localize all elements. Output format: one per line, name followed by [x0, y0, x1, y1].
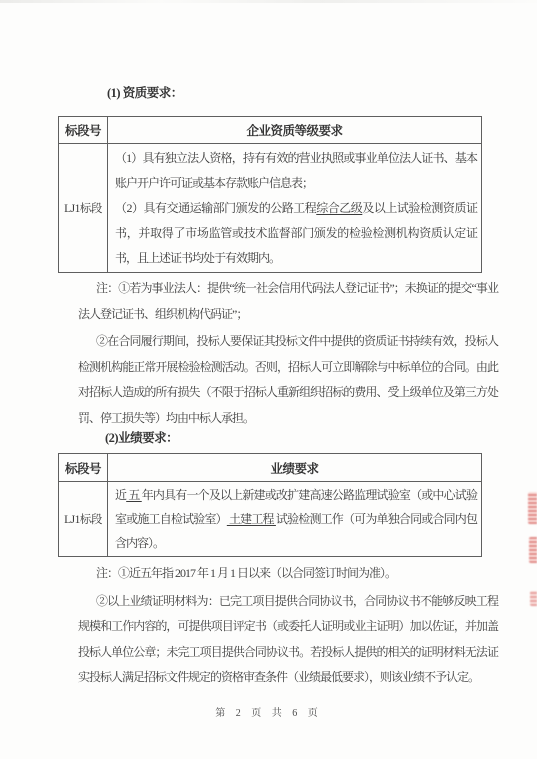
note-paragraph: 注：①近五年指 2017 年 1 月 1 日以来（以合同签订时间为准）。 — [78, 561, 498, 587]
red-stamp-fragment — [528, 492, 537, 524]
table-row: LJ1标段 近 五 年内具有一个及以上新建或改扩建高速公路监理试验室（或中心试验… — [59, 482, 482, 557]
table-header-row: 标段号 业绩要求 — [59, 454, 482, 482]
performance-requirement-cell: 近 五 年内具有一个及以上新建或改扩建高速公路监理试验室（或中心试验室或施工自检… — [108, 482, 482, 557]
column-header-qualification-requirement: 企业资质等级要求 — [108, 117, 482, 144]
page-number-footer: 第 2 页 共 6 页 — [0, 704, 537, 719]
performance-notes: 注：①近五年指 2017 年 1 月 1 日以来（以合同签订时间为准）。 ②以上… — [78, 561, 498, 691]
red-stamp-fragment — [530, 591, 537, 606]
scan-edge-artifact — [0, 0, 537, 3]
scanned-document-page: (1) 资质要求： 标段号 企业资质等级要求 LJ1标段 （1）具有独立法人资格… — [0, 0, 537, 759]
section-number-cell: LJ1标段 — [59, 144, 108, 273]
qualification-notes: 注：①若为事业法人：提供“统一社会信用代码法人登记证书”；未换证的提交“事业法人… — [78, 276, 498, 431]
section-title-qualification: (1) 资质要求： — [107, 83, 183, 101]
section-title-performance: (2)业绩要求： — [105, 428, 178, 446]
requirement-paragraph: （2）具有交通运输部门颁发的公路工程综合乙级及以上试验检测资质证书，并取得了市场… — [115, 196, 477, 271]
column-header-section-number: 标段号 — [59, 117, 108, 144]
performance-table: 标段号 业绩要求 LJ1标段 近 五 年内具有一个及以上新建或改扩建高速公路监理… — [58, 453, 482, 557]
note-paragraph: 注：①若为事业法人：提供“统一社会信用代码法人登记证书”；未换证的提交“事业法人… — [78, 276, 498, 327]
section-number-cell: LJ1标段 — [59, 482, 108, 557]
requirement-paragraph: （1）具有独立法人资格，持有有效的营业执照或事业单位法人证书、基本账户开户许可证… — [115, 146, 477, 196]
table-row: LJ1标段 （1）具有独立法人资格，持有有效的营业执照或事业单位法人证书、基本账… — [59, 144, 482, 273]
note-paragraph: ②以上业绩证明材料为：已完工项目提供合同协议书，合同协议书不能够反映工程规模和工… — [78, 589, 498, 691]
note-paragraph: ②在合同履行期间，投标人要保证其投标文件中提供的资质证书持续有效，投标人检测机构… — [78, 329, 498, 431]
red-stamp-fragment — [529, 537, 537, 563]
column-header-performance-requirement: 业绩要求 — [108, 454, 482, 482]
qualification-requirement-cell: （1）具有独立法人资格，持有有效的营业执照或事业单位法人证书、基本账户开户许可证… — [108, 144, 482, 273]
qualification-table: 标段号 企业资质等级要求 LJ1标段 （1）具有独立法人资格，持有有效的营业执照… — [58, 116, 482, 273]
table-header-row: 标段号 企业资质等级要求 — [59, 117, 482, 144]
requirement-paragraph: 近 五 年内具有一个及以上新建或改扩建高速公路监理试验室（或中心试验室或施工自检… — [115, 483, 477, 555]
column-header-section-number: 标段号 — [59, 454, 108, 482]
